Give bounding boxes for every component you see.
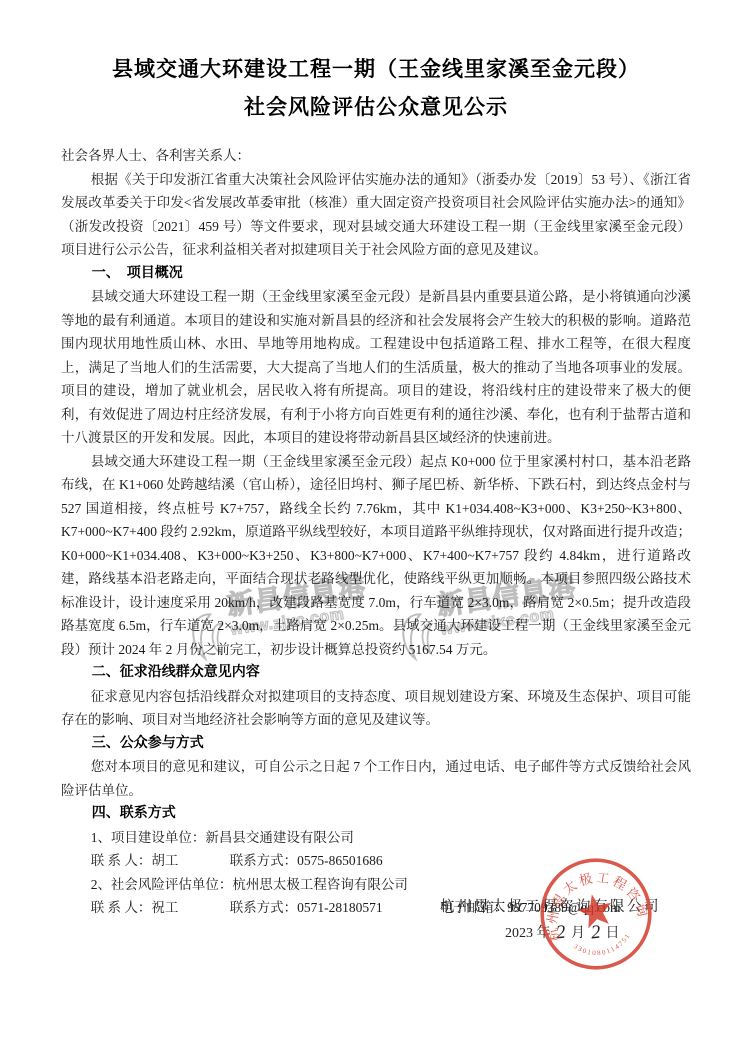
assessment-unit-value: 2、社会风险评估单位：杭州思太极工程咨询有限公司	[91, 873, 408, 897]
seal-star-icon	[575, 891, 615, 930]
intro-paragraph: 根据《关于印发浙江省重大决策社会风险评估实施办法的通知》（浙委办发〔2019〕5…	[61, 168, 691, 262]
section4-heading: 四、联系方式	[61, 802, 691, 826]
contact1-person: 联 系 人：胡工	[91, 849, 230, 873]
section3-paragraph1: 您对本项目的意见和建议，可自公示之日起 7 个工作日内，通过电话、电子邮件等方式…	[61, 755, 691, 802]
section3-heading: 三、公众参与方式	[61, 732, 691, 756]
section2-heading: 二、征求沿线群众意见内容	[61, 661, 691, 685]
construction-unit-value: 1、项目建设单位：新昌县交通建设有限公司	[91, 826, 354, 850]
contact1-phone: 联系方式：0575-86501686	[230, 849, 440, 873]
document-title-line2: 社会风险评估公众意见公示	[61, 92, 691, 123]
contact2-person: 联 系 人：祝工	[91, 896, 230, 920]
section1-paragraph1: 县域交通大环建设工程一期（王金线里家溪至金元段）是新昌县内重要县道公路，是小将镇…	[61, 285, 691, 450]
company-seal-stamp: 杭州思太极工程咨询有限公司 3301080114751	[527, 845, 665, 983]
construction-unit-line: 1、项目建设单位：新昌县交通建设有限公司	[91, 826, 691, 850]
document-content: 县域交通大环建设工程一期（王金线里家溪至金元段） 社会风险评估公众意见公示 社会…	[61, 54, 691, 920]
section1-paragraph2: 县域交通大环建设工程一期（王金线里家溪至金元段）起点 K0+000 位于里家溪村…	[61, 450, 691, 662]
contact2-phone: 联系方式：0571-28180571	[230, 896, 440, 920]
notice-document-page: 新昌信息港 www.zjxc.com 新昌信息港 www.zjxc.com 县域…	[0, 0, 745, 1038]
section1-heading: 一、 项目概况	[61, 262, 691, 286]
salutation-line: 社会各界人士、各利害关系人：	[61, 144, 691, 168]
document-title-line1: 县域交通大环建设工程一期（王金线里家溪至金元段）	[61, 54, 691, 85]
section2-paragraph1: 征求意见内容包括沿线群众对拟建项目的支持态度、项目规划建设方案、环境及生态保护、…	[61, 685, 691, 732]
